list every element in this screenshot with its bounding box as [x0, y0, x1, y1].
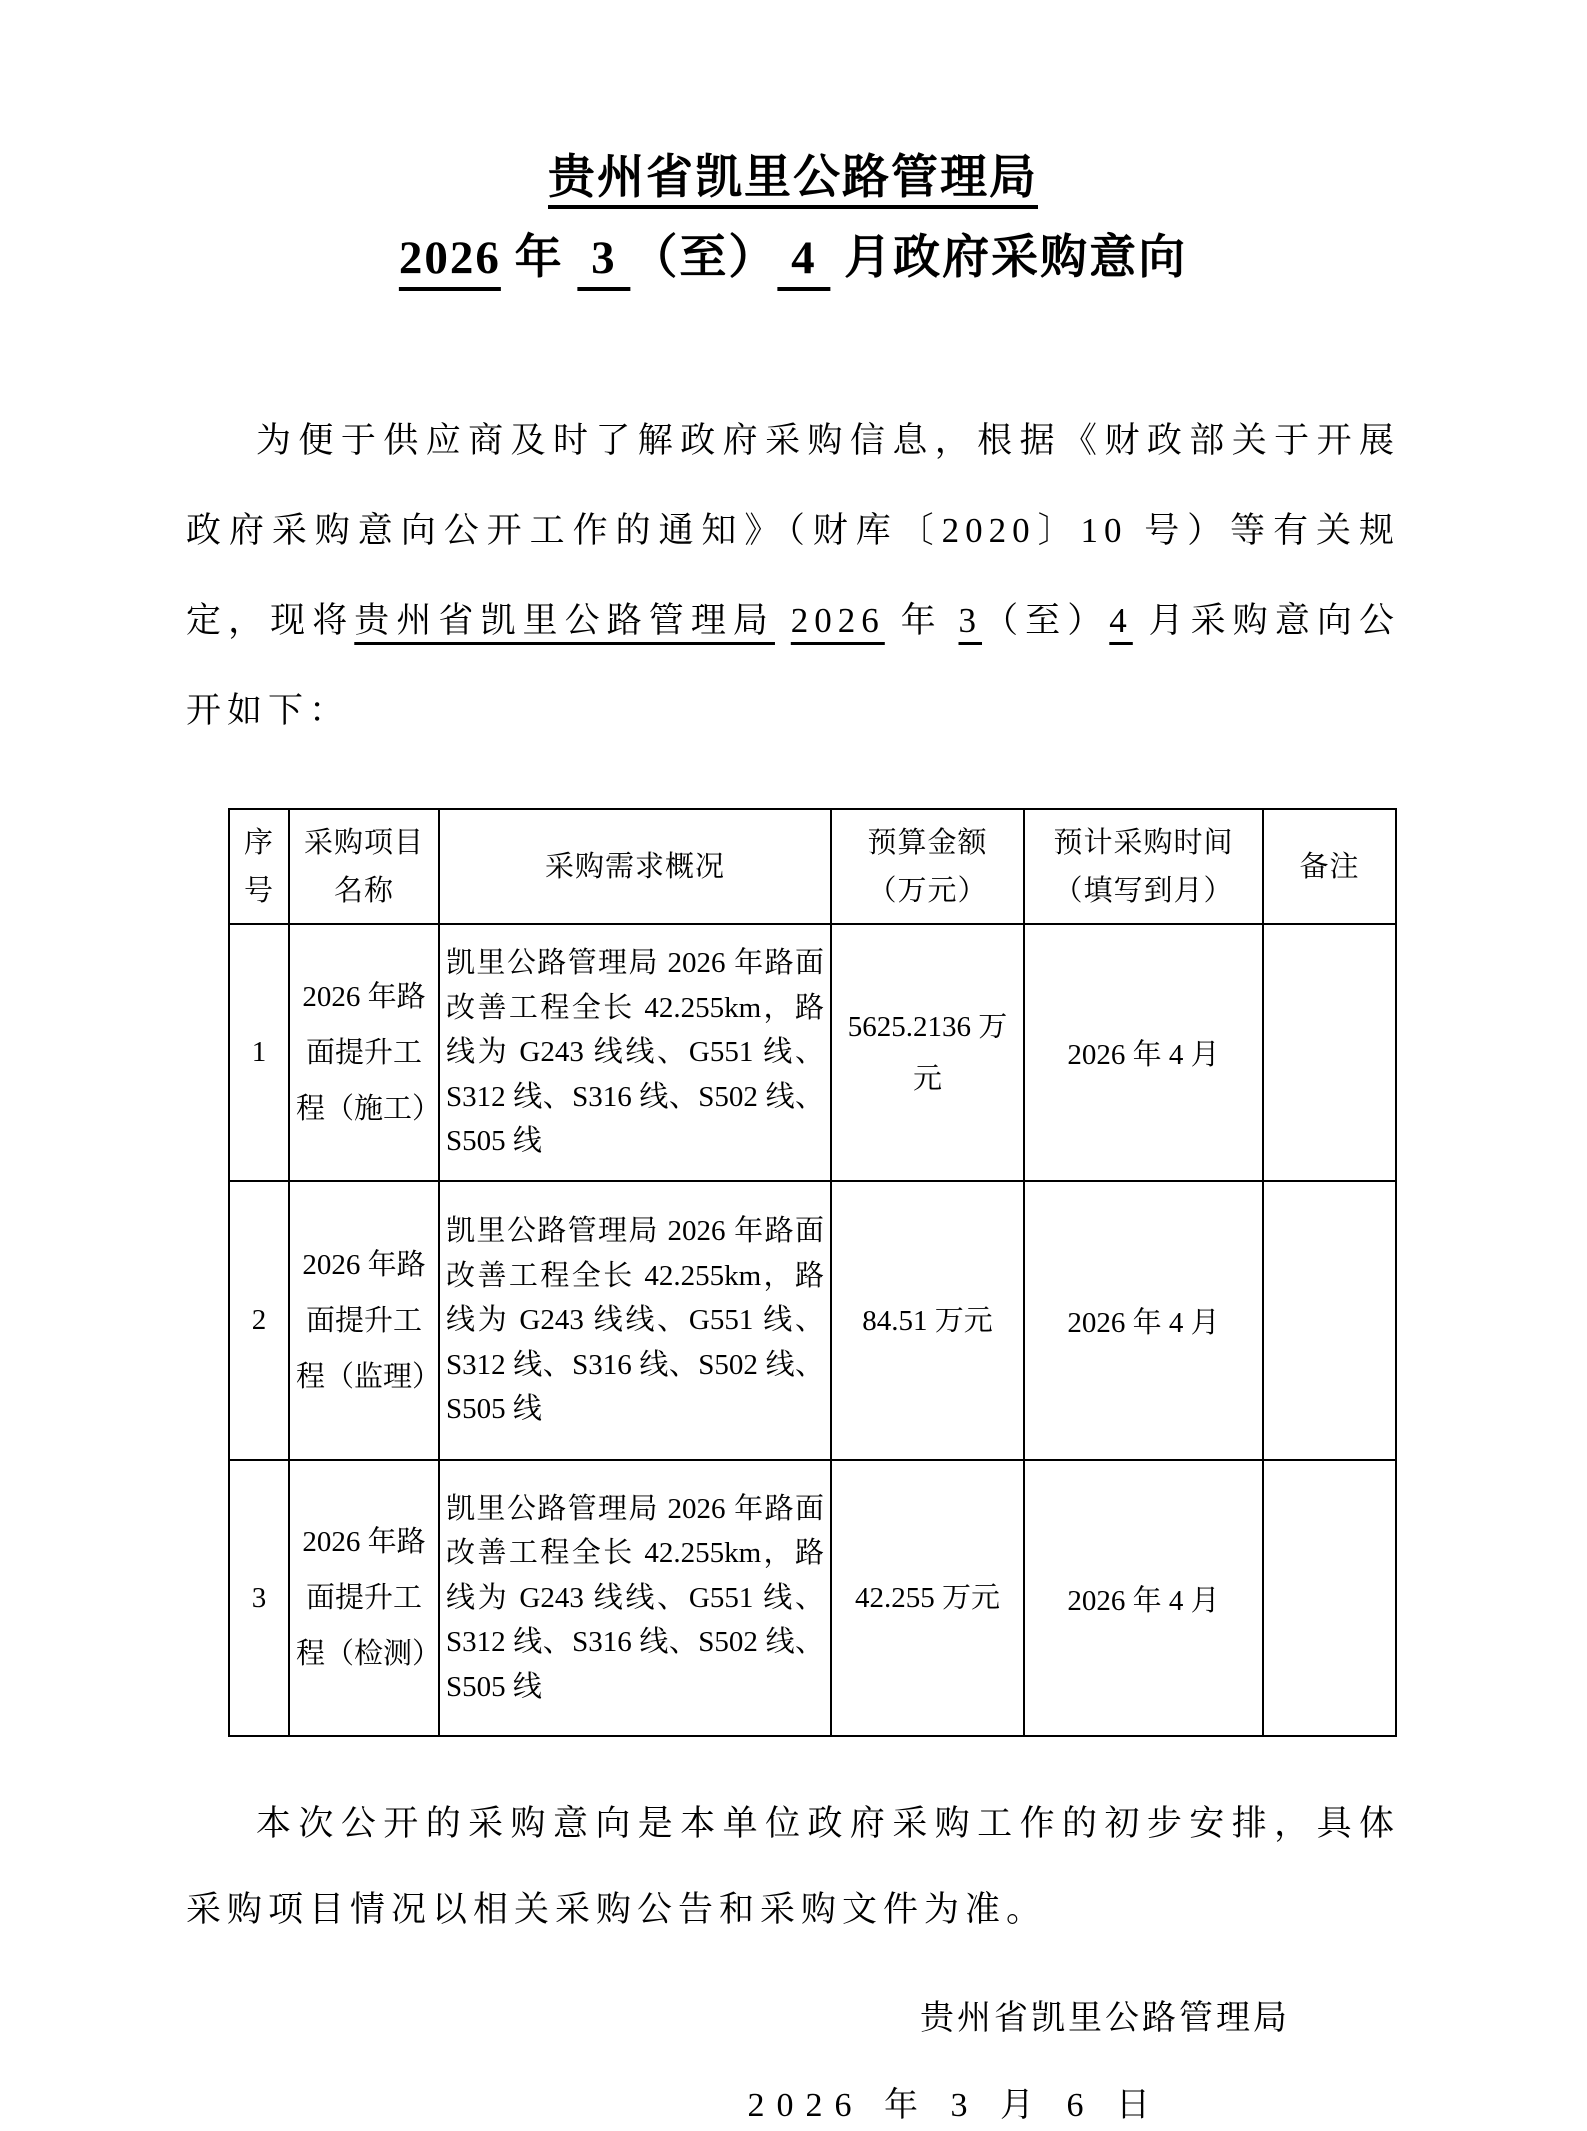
title-sep-to: （至）: [630, 232, 777, 284]
intro-month-from-underlined: 3: [959, 601, 983, 640]
row3-overview: 凯里公路管理局 2026 年路面改善工程全长 42.255km，路线为 G243…: [439, 1460, 831, 1736]
row3-budget: 42.255 万元: [831, 1460, 1024, 1736]
row2-overview: 凯里公路管理局 2026 年路面改善工程全长 42.255km，路线为 G243…: [439, 1181, 831, 1460]
table-row: 1 2026 年路面提升工程（施工） 凯里公路管理局 2026 年路面改善工程全…: [229, 924, 1396, 1181]
table-header-row: 序 号 采购项目 名称 采购需求概况 预算金额 （万元） 预计采购时间 （填写到…: [229, 809, 1396, 924]
row1-no: 1: [229, 924, 289, 1181]
intro-year-underlined: 2026: [791, 601, 885, 640]
title-line-2: 2026 年 3 （至） 4 月政府采购意向: [186, 216, 1400, 300]
intro-org-underlined: 贵州省凯里公路管理局: [354, 601, 775, 640]
intro-paragraph: 为便于供应商及时了解政府采购信息，根据《财政部关于开展政府采购意向公开工作的通知…: [186, 396, 1400, 756]
title-suffix: 月政府采购意向: [830, 232, 1187, 284]
title-year: 2026: [399, 232, 501, 284]
row2-no: 2: [229, 1181, 289, 1460]
title-org-name: 贵州省凯里公路管理局: [548, 152, 1038, 204]
title-line-1: 贵州省凯里公路管理局: [186, 140, 1400, 216]
table-row: 2 2026 年路面提升工程（监理） 凯里公路管理局 2026 年路面改善工程全…: [229, 1181, 1396, 1460]
row1-note: [1263, 924, 1396, 1181]
signature-date: 2026 年 3 月 6 日: [186, 2076, 1400, 2131]
row3-time: 2026 年 4 月: [1024, 1460, 1263, 1736]
header-no: 序 号: [229, 809, 289, 924]
title-month-to: 4: [777, 232, 830, 284]
row3-name: 2026 年路面提升工程（检测）: [289, 1460, 439, 1736]
header-note: 备注: [1263, 809, 1396, 924]
title-sep-year: 年: [501, 232, 578, 284]
procurement-intent-table: 序 号 采购项目 名称 采购需求概况 预算金额 （万元） 预计采购时间 （填写到…: [228, 808, 1397, 1737]
row2-note: [1263, 1181, 1396, 1460]
document-title: 贵州省凯里公路管理局 2026 年 3 （至） 4 月政府采购意向: [186, 140, 1400, 300]
title-month-from: 3: [577, 232, 630, 284]
document-page: 贵州省凯里公路管理局 2026 年 3 （至） 4 月政府采购意向 为便于供应商…: [0, 0, 1587, 2131]
row1-name: 2026 年路面提升工程（施工）: [289, 924, 439, 1181]
row1-overview: 凯里公路管理局 2026 年路面改善工程全长 42.255km，路线为 G243…: [439, 924, 831, 1181]
row2-budget: 84.51 万元: [831, 1181, 1024, 1460]
row3-no: 3: [229, 1460, 289, 1736]
signature-org: 贵州省凯里公路管理局: [186, 1988, 1400, 2050]
row1-budget: 5625.2136 万元: [831, 924, 1024, 1181]
table-row: 3 2026 年路面提升工程（检测） 凯里公路管理局 2026 年路面改善工程全…: [229, 1460, 1396, 1736]
row1-time: 2026 年 4 月: [1024, 924, 1263, 1181]
header-overview: 采购需求概况: [439, 809, 831, 924]
row2-time: 2026 年 4 月: [1024, 1181, 1263, 1460]
header-time: 预计采购时间 （填写到月）: [1024, 809, 1263, 924]
row3-note: [1263, 1460, 1396, 1736]
intro-month-to-underlined: 4: [1109, 601, 1133, 640]
row2-name: 2026 年路面提升工程（监理）: [289, 1181, 439, 1460]
header-project-name: 采购项目 名称: [289, 809, 439, 924]
closing-paragraph: 本次公开的采购意向是本单位政府采购工作的初步安排，具体采购项目情况以相关采购公告…: [186, 1781, 1400, 1953]
header-budget: 预算金额 （万元）: [831, 809, 1024, 924]
